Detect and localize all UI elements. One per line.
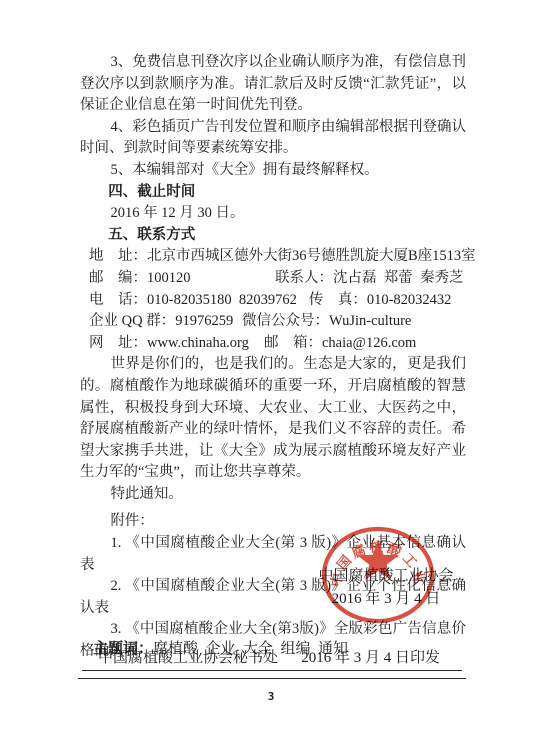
closing-paragraph: 世界是你们的，也是我们的。生态是大家的，更是我们的。腐植酸作为地球碳循环的重要一… bbox=[80, 354, 466, 484]
deadline-date: 2016 年 12 月 30 日。 bbox=[80, 203, 466, 225]
qq-value: 91976259 bbox=[175, 313, 233, 329]
phone-line: 电 话：010-82035180 82039762 bbox=[89, 290, 297, 312]
web-value: www.chinaha.org bbox=[147, 335, 249, 351]
contact-row-web-email: 网 址：www.chinaha.org 邮 箱：chaia@126.com bbox=[89, 333, 466, 355]
signature-org: 中国腐植酸工业协会 bbox=[300, 565, 472, 588]
signature-date: 2016 年 3 月 4 日 bbox=[300, 588, 472, 611]
signature-block: 中国腐植酸工业协会 2016 年 3 月 4 日 bbox=[300, 565, 472, 611]
fax-value: 010-82032432 bbox=[367, 292, 452, 308]
web-label: 网 址： bbox=[89, 335, 147, 351]
email-value: chaia@126.com bbox=[322, 335, 416, 351]
contact-row-qq-wechat: 企业 QQ 群：91976259 微信公众号：WuJin-culture bbox=[89, 311, 466, 333]
postcode-value: 100120 bbox=[147, 270, 191, 286]
issuer-name: 中国腐植酸工业协会秘书处 bbox=[98, 646, 278, 667]
attachments-title: 附件： bbox=[80, 511, 466, 533]
wechat-label: 微信公众号： bbox=[242, 313, 329, 329]
web-line: 网 址：www.chinaha.org bbox=[89, 333, 264, 355]
postcode-label: 邮 编： bbox=[89, 270, 147, 286]
numbered-paragraph-5: 5、本编辑部对《大全》拥有最终解释权。 bbox=[80, 160, 466, 182]
numbered-paragraph-3: 3、免费信息刊登次序以企业确认顺序为准，有偿信息刊登次序以到款顺序为准。请汇款后… bbox=[80, 52, 466, 117]
address-value: 北京市西城区德外大街36号德胜凯旋大厦B座1513室 bbox=[147, 248, 476, 264]
email-label: 邮 箱： bbox=[264, 335, 322, 351]
numbered-paragraph-4: 4、彩色插页广告刊发位置和顺序由编辑部根据刊登确认时间、到款时间等要素统筹安排。 bbox=[80, 117, 466, 160]
phone-value: 010-82035180 82039762 bbox=[147, 292, 297, 308]
document-page: 3、免费信息刊登次序以企业确认顺序为准，有偿信息刊登次序以到款顺序为准。请汇款后… bbox=[0, 0, 542, 744]
contacts-value: 沈占磊 郑蕾 秦秀芝 bbox=[333, 270, 464, 286]
address-line: 地 址：北京市西城区德外大街36号德胜凯旋大厦B座1513室 bbox=[89, 246, 476, 268]
contact-row-phone-fax: 电 话：010-82035180 82039762 传 真：010-820324… bbox=[89, 290, 466, 312]
contact-row-postcode-contacts: 邮 编：100120 联系人：沈占磊 郑蕾 秦秀芝 bbox=[89, 268, 466, 290]
section-heading-deadline: 四、截止时间 bbox=[80, 182, 466, 204]
qq-line: 企业 QQ 群：91976259 bbox=[89, 311, 242, 333]
fax-label: 传 真： bbox=[309, 292, 367, 308]
qq-label: 企业 QQ 群： bbox=[89, 313, 175, 329]
postcode-line: 邮 编：100120 bbox=[89, 268, 275, 290]
page-number: 3 bbox=[0, 690, 542, 703]
contacts-line: 联系人：沈占磊 郑蕾 秦秀芝 bbox=[275, 268, 464, 290]
wechat-value: WuJin-culture bbox=[329, 313, 411, 329]
wechat-line: 微信公众号：WuJin-culture bbox=[242, 311, 411, 333]
contact-block: 地 址：北京市西城区德外大街36号德胜凯旋大厦B座1513室 邮 编：10012… bbox=[80, 246, 466, 354]
issuer-line: 中国腐植酸工业协会秘书处 2016 年 3 月 4 日印发 bbox=[82, 646, 462, 671]
section-heading-contact: 五、联系方式 bbox=[80, 225, 466, 247]
fax-line: 传 真：010-82032432 bbox=[309, 290, 452, 312]
phone-label: 电 话： bbox=[89, 292, 147, 308]
contacts-label: 联系人： bbox=[275, 270, 333, 286]
contact-row-address: 地 址：北京市西城区德外大街36号德胜凯旋大厦B座1513室 bbox=[89, 246, 466, 268]
notice-line: 特此通知。 bbox=[80, 484, 466, 506]
issue-date: 2016 年 3 月 4 日印发 bbox=[301, 646, 440, 667]
address-label: 地 址： bbox=[89, 248, 147, 264]
email-line: 邮 箱：chaia@126.com bbox=[264, 333, 416, 355]
